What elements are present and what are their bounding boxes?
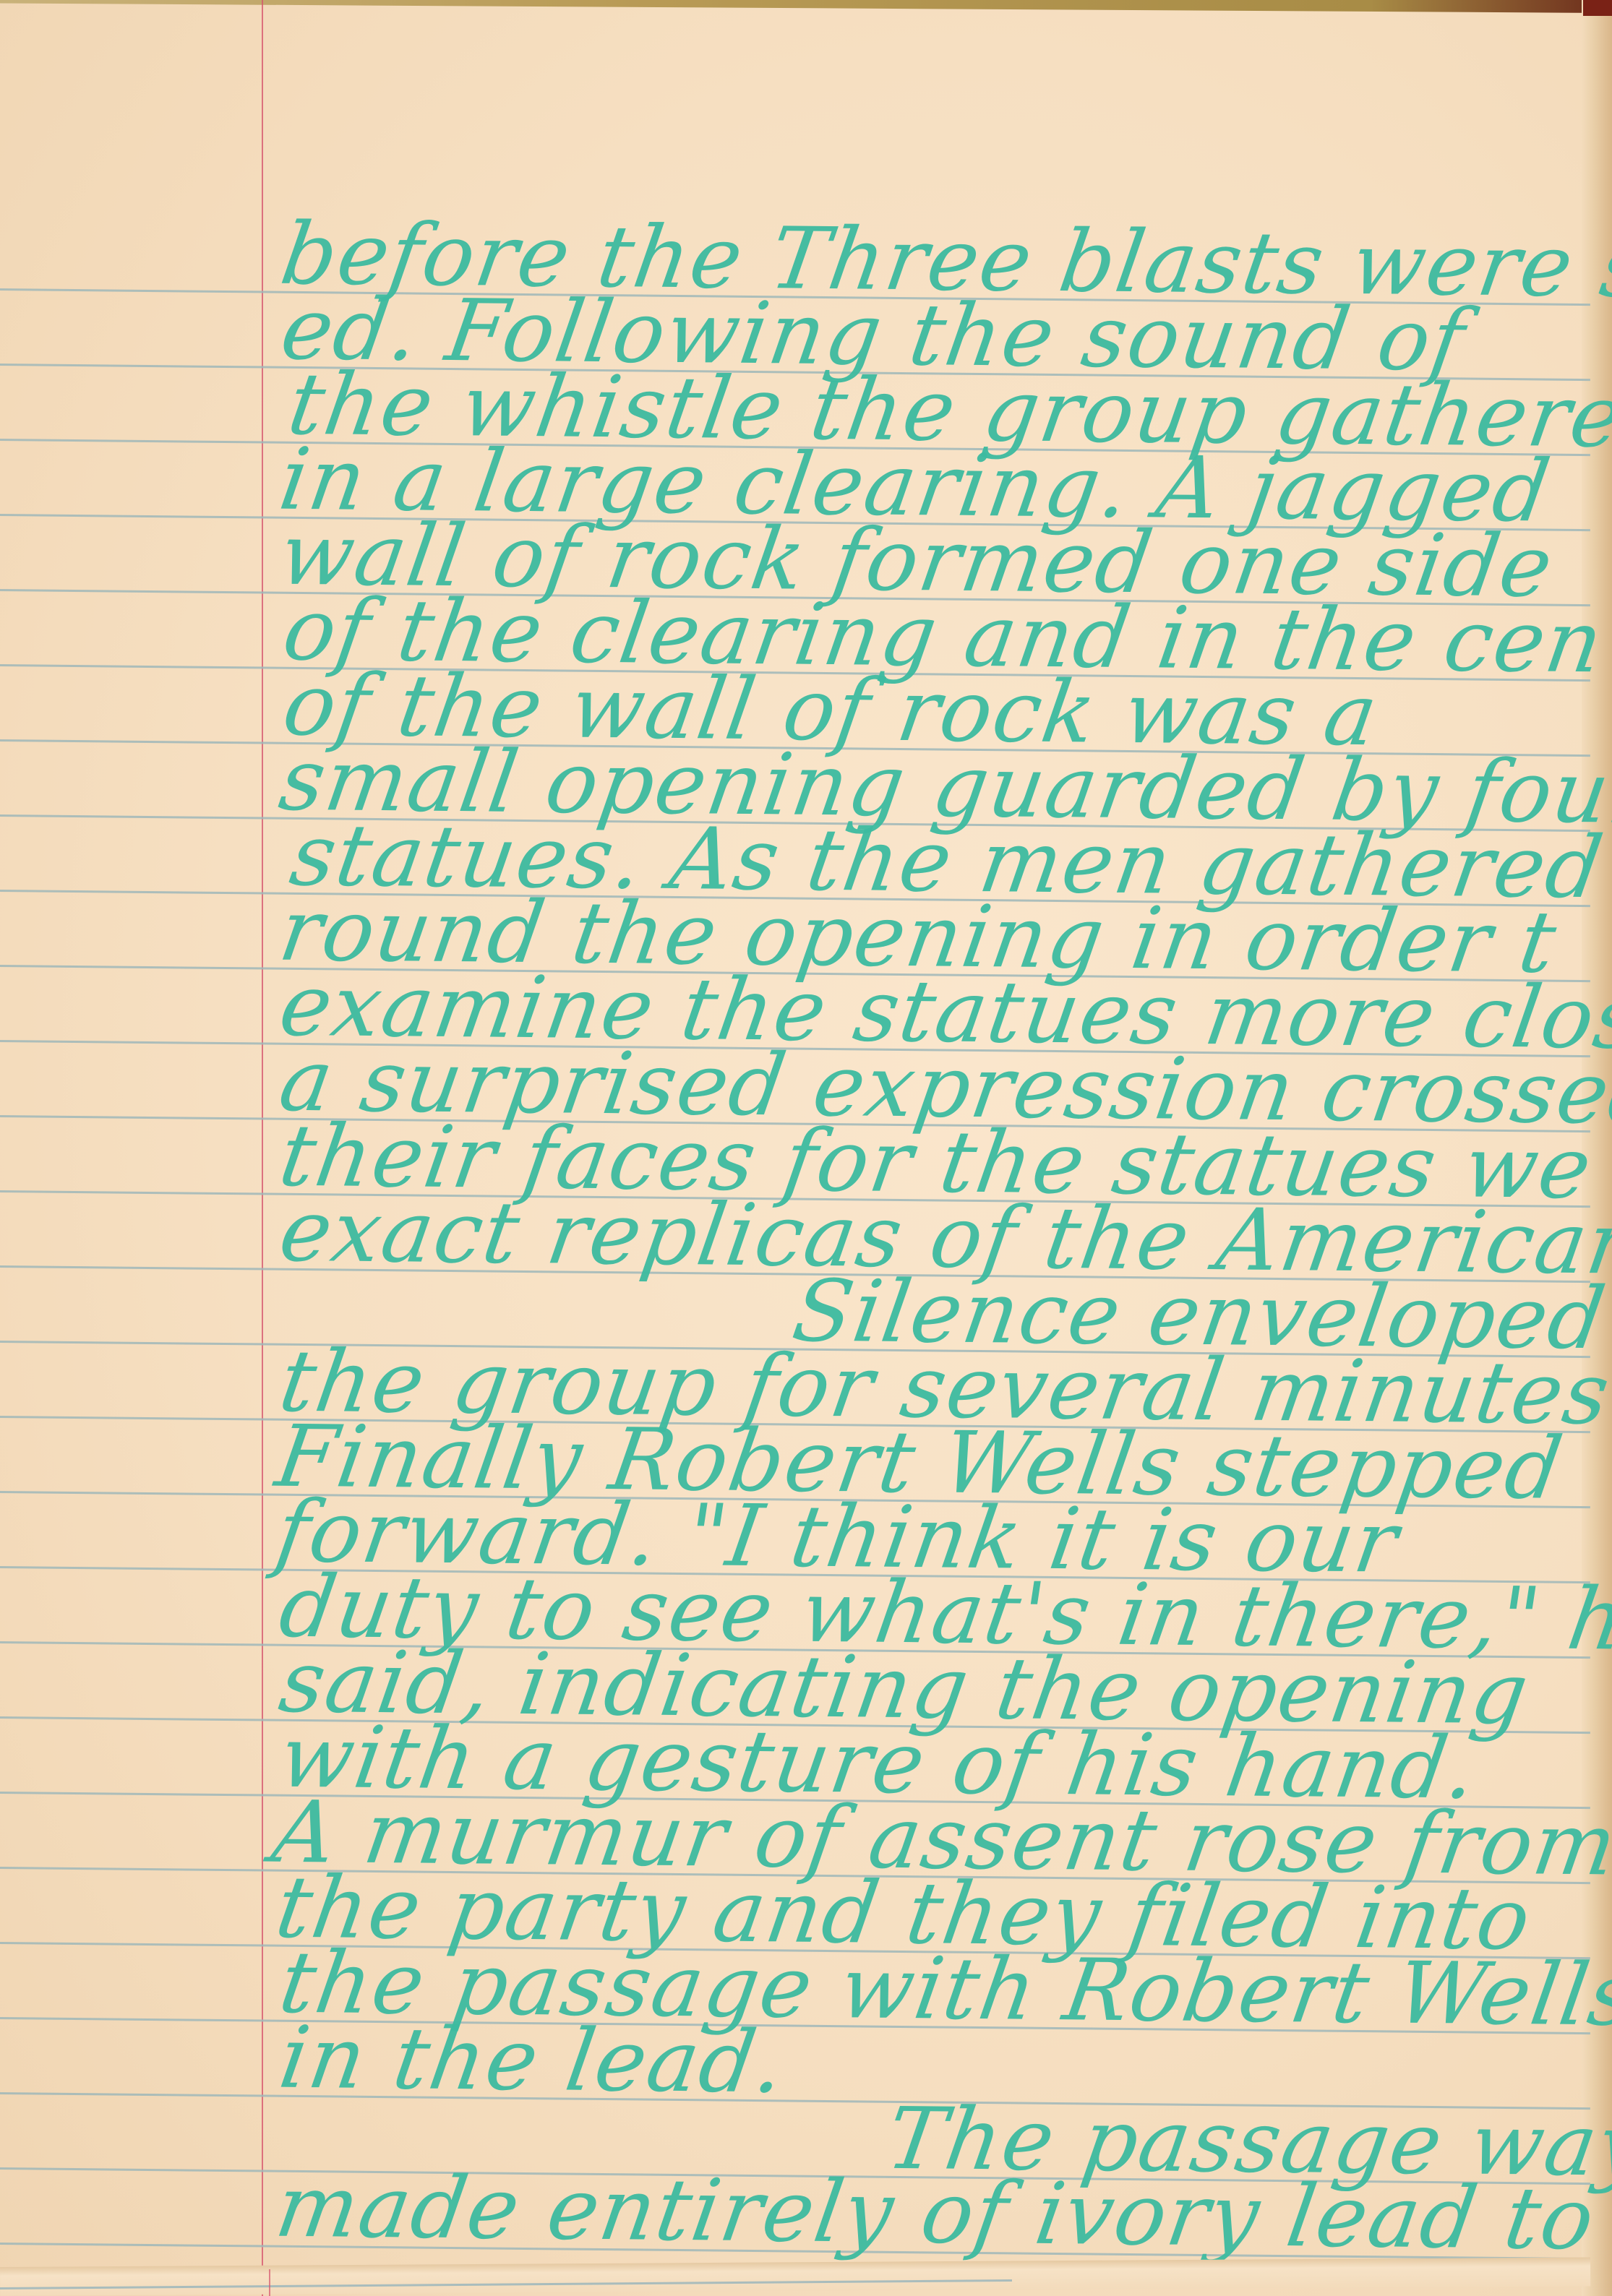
line-text: in the lead. [275,2015,792,2105]
top-binding-edge [0,0,1612,13]
text-line-24: the passage with Robert Wells [0,2016,1612,2031]
next-page-margin-line [269,2269,270,2296]
next-page-fold [0,2258,1590,2296]
text-line-27: made entirely of ivory lead to [0,2240,1612,2256]
notebook-page: before the Three blasts were soun ed. Fo… [0,0,1612,2296]
line-text: made entirely of ivory lead to [271,2164,1601,2261]
red-margin-line [262,0,263,2296]
notebook-cover-corner [1583,0,1612,16]
